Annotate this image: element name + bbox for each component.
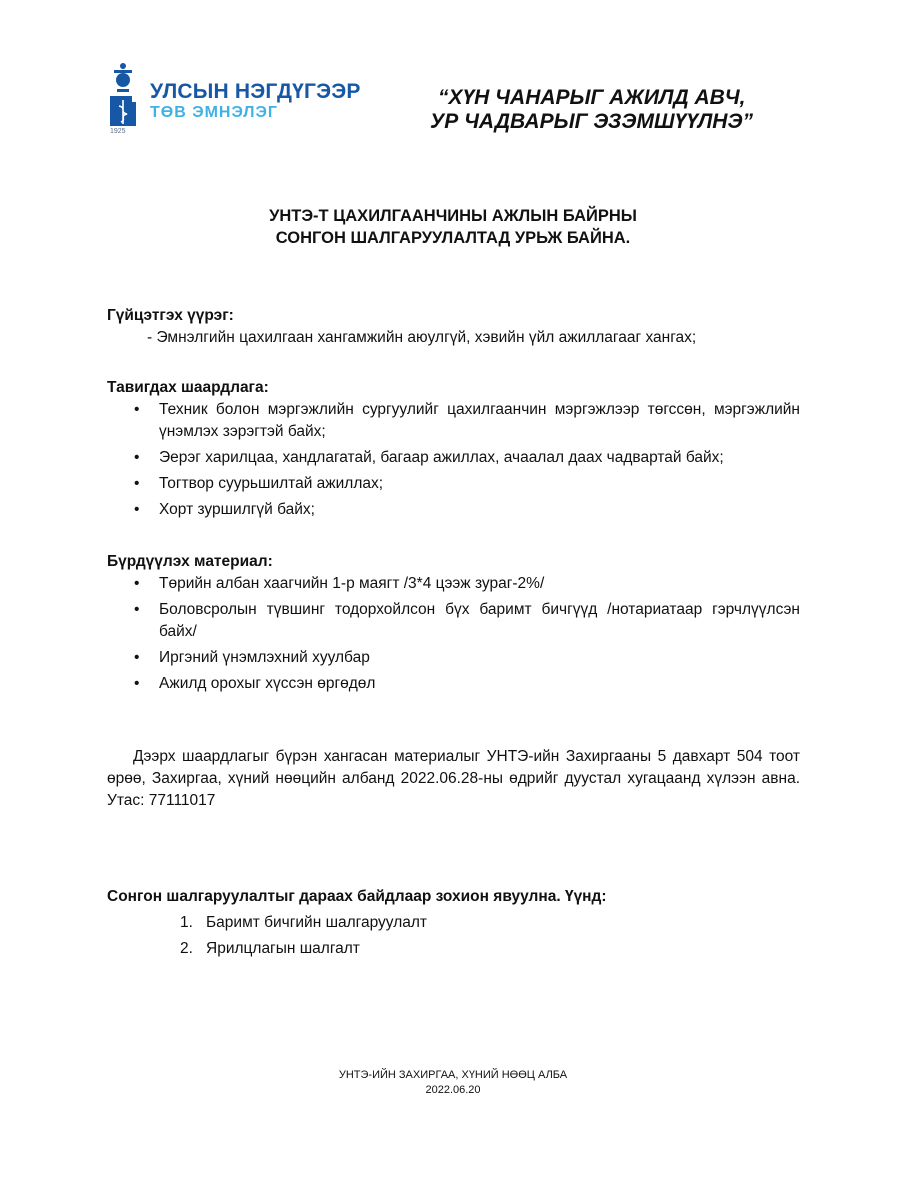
- list-item: Иргэний үнэмлэхний хуулбар: [107, 647, 800, 669]
- footer-date: 2022.06.20: [0, 1083, 906, 1098]
- title-line-1: УНТЭ-Т ЦАХИЛГААНЧИНЫ АЖЛЫН БАЙРНЫ: [0, 205, 906, 227]
- list-item: Эерэг харилцаа, хандлагатай, багаар ажил…: [107, 447, 800, 469]
- logo-subtitle: ТӨВ ЭМНЭЛЭГ: [150, 104, 278, 122]
- list-item: 1.Баримт бичгийн шалгаруулалт: [180, 910, 427, 936]
- motto-line-1: “ХҮН ЧАНАРЫГ АЖИЛД АВЧ,: [438, 86, 753, 110]
- announcement-body: Гүйцэтгэх үүрэг: - Эмнэлгийн цахилгаан х…: [107, 305, 800, 699]
- list-item: Хорт зуршилгүй байх;: [107, 499, 800, 521]
- footer: УНТЭ-ИЙН ЗАХИРГАА, ХҮНИЙ НӨӨЦ АЛБА 2022.…: [0, 1068, 906, 1098]
- requirements-heading: Тавигдах шаардлага:: [107, 377, 800, 399]
- title-line-2: СОНГОН ШАЛГАРУУЛАЛТАД УРЬЖ БАЙНА.: [0, 227, 906, 249]
- materials-heading: Бүрдүүлэх материал:: [107, 551, 800, 573]
- list-item: Төрийн албан хаагчийн 1-р маягт /3*4 цээ…: [107, 573, 800, 595]
- list-item: Тогтвор суурьшилтай ажиллах;: [107, 473, 800, 495]
- submission-paragraph: Дээрх шаардлагыг бүрэн хангасан материал…: [107, 746, 800, 812]
- duties-heading: Гүйцэтгэх үүрэг:: [107, 305, 800, 327]
- duty-item: - Эмнэлгийн цахилгаан хангамжийн аюулгүй…: [147, 327, 800, 349]
- materials-list: Төрийн албан хаагчийн 1-р маягт /3*4 цээ…: [107, 573, 800, 695]
- motto-line-2: УР ЧАДВАРЫГ ЭЗЭМШҮҮЛНЭ”: [430, 110, 753, 134]
- list-item: Техник болон мэргэжлийн сургуулийг цахил…: [107, 399, 800, 443]
- selection-heading: Сонгон шалгаруулалтыг дараах байдлаар зо…: [107, 888, 607, 906]
- logo-title: УЛСЫН НЭГДҮГЭЭР: [150, 80, 361, 104]
- list-item: 2.Ярилцлагын шалгалт: [180, 936, 427, 962]
- logo-year: 1925: [110, 128, 126, 135]
- page-title: УНТЭ-Т ЦАХИЛГААНЧИНЫ АЖЛЫН БАЙРНЫ СОНГОН…: [0, 205, 906, 249]
- selection-steps: 1.Баримт бичгийн шалгаруулалт 2.Ярилцлаг…: [180, 910, 427, 962]
- motto: “ХҮН ЧАНАРЫГ АЖИЛД АВЧ, УР ЧАДВАРЫГ ЭЗЭМ…: [438, 86, 753, 134]
- requirements-list: Техник болон мэргэжлийн сургуулийг цахил…: [107, 399, 800, 521]
- footer-org: УНТЭ-ИЙН ЗАХИРГАА, ХҮНИЙ НӨӨЦ АЛБА: [0, 1068, 906, 1083]
- list-item: Ажилд орохыг хүссэн өргөдөл: [107, 673, 800, 695]
- list-item: Боловсролын түвшинг тодорхойлсон бүх бар…: [107, 599, 800, 643]
